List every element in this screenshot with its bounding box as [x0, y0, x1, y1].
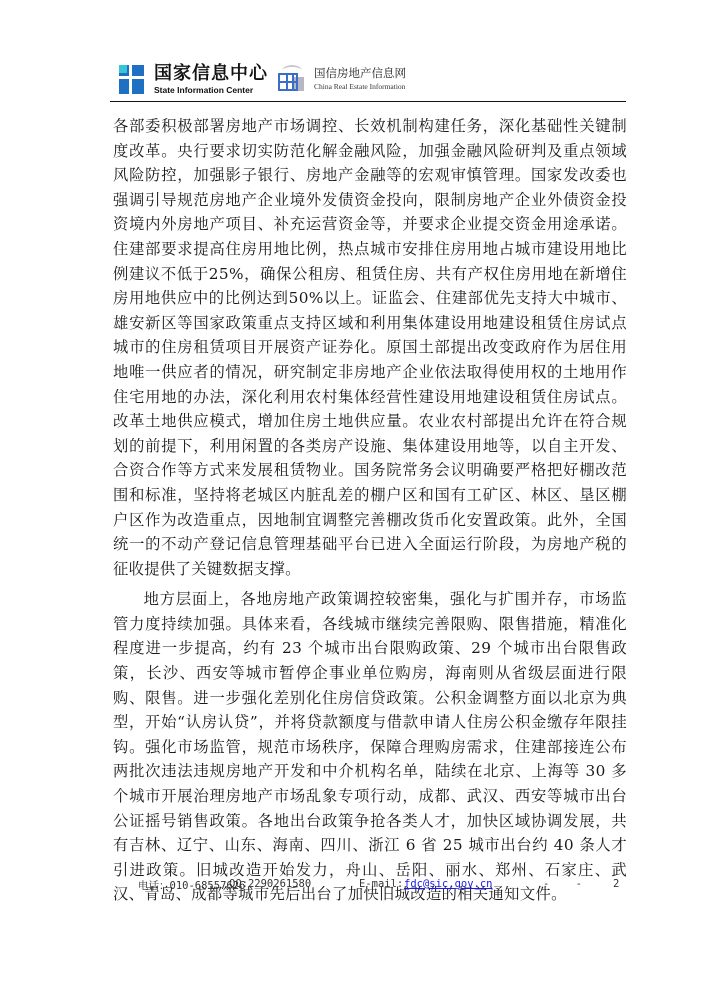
sic-name-cn: 国家信息中心 — [154, 65, 268, 83]
crei-emblem-icon — [278, 65, 306, 93]
sic-emblem-accent — [119, 65, 127, 73]
sic-name-en: State Information Center — [154, 86, 268, 95]
crei-emblem-grid — [278, 73, 298, 91]
crei-logo-text: 国信房地产信息网 China Real Estate Information — [314, 68, 406, 91]
page-number: 2 — [613, 878, 619, 890]
sic-emblem-icon — [119, 65, 144, 94]
document-body: 各部委积极部署房地产市场调控、长效机制构建任务，深化基础性关键制度改革。央行要求… — [113, 114, 627, 907]
footer-qq: QQ:2290261580 — [229, 878, 311, 890]
page-footer: 电话：010-68557626 QQ:2290261580 E-mail: fd… — [138, 878, 628, 896]
crei-name-cn: 国信房地产信息网 — [314, 68, 406, 80]
header-divider — [110, 101, 626, 102]
footer-email-link[interactable]: fdc@sic.gov.cn — [404, 878, 493, 890]
footer-email-label: E-mail: — [359, 878, 403, 890]
state-information-center-logo: 国家信息中心 State Information Center — [119, 65, 268, 95]
sic-logo-text: 国家信息中心 State Information Center — [154, 65, 268, 95]
china-real-estate-information-logo: 国信房地产信息网 China Real Estate Information — [278, 65, 406, 93]
sic-emblem-cross-v — [129, 65, 132, 94]
crei-name-en: China Real Estate Information — [314, 83, 406, 91]
footer-dashes: - - — [543, 878, 592, 890]
paragraph-national-policy: 各部委积极部署房地产市场调控、长效机制构建任务，深化基础性关键制度改革。央行要求… — [113, 114, 627, 581]
page-header: 国家信息中心 State Information Center 国信房地产信息网… — [110, 60, 626, 102]
paragraph-local-policy: 地方层面上，各地房地产政策调控较密集，强化与扩围并存，市场监管力度持续加强。具体… — [113, 587, 627, 907]
